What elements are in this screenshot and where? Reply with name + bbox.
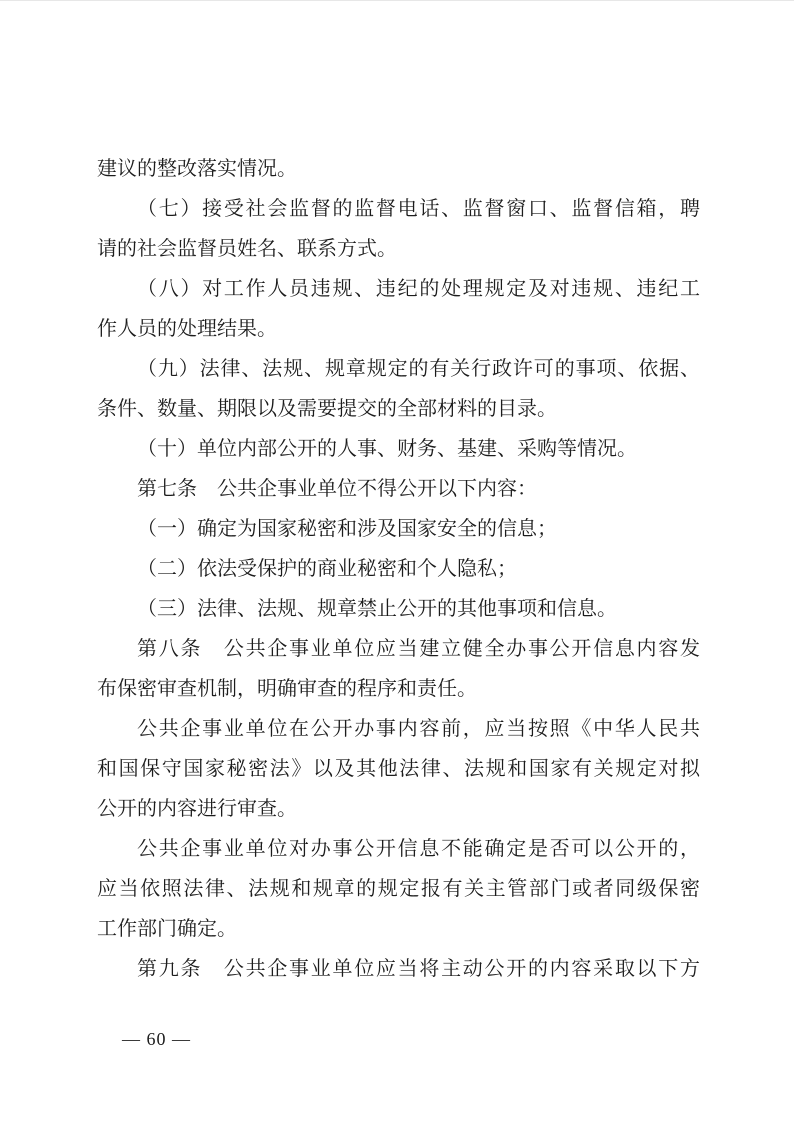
text-line: （八）对工作人员违规、违纪的处理规定及对违规、违纪工 [97, 269, 700, 309]
text-line: 和国保守国家秘密法》以及其他法律、法规和国家有关规定对拟 [97, 749, 700, 789]
article-heading-line: 第九条 公共企事业单位应当将主动公开的内容采取以下方 [97, 949, 700, 989]
text-line: （二）依法受保护的商业秘密和个人隐私； [97, 549, 700, 589]
text-line: 作人员的处理结果。 [97, 309, 700, 349]
article-heading-line: 第七条 公共企事业单位不得公开以下内容： [97, 469, 700, 509]
text-line: 公开的内容进行审查。 [97, 789, 700, 829]
text-line: （七）接受社会监督的监督电话、监督窗口、监督信箱，聘 [97, 189, 700, 229]
text-line: （十）单位内部公开的人事、财务、基建、采购等情况。 [97, 429, 700, 469]
page-top-edge [0, 0, 794, 1]
article-heading-line: 第八条 公共企事业单位应当建立健全办事公开信息内容发 [97, 629, 700, 669]
text-line: 建议的整改落实情况。 [97, 149, 700, 189]
text-line: 请的社会监督员姓名、联系方式。 [97, 229, 700, 269]
text-line: 应当依照法律、法规和规章的规定报有关主管部门或者同级保密 [97, 869, 700, 909]
text-line: 公共企事业单位对办事公开信息不能确定是否可以公开的， [97, 829, 700, 869]
document-page: 建议的整改落实情况。 （七）接受社会监督的监督电话、监督窗口、监督信箱，聘 请的… [0, 0, 794, 1123]
page-number: — 60 — [122, 1028, 191, 1050]
document-text-block: 建议的整改落实情况。 （七）接受社会监督的监督电话、监督窗口、监督信箱，聘 请的… [97, 149, 700, 989]
text-line: 工作部门确定。 [97, 909, 700, 949]
text-line: 条件、数量、期限以及需要提交的全部材料的目录。 [97, 389, 700, 429]
text-line: （九）法律、法规、规章规定的有关行政许可的事项、依据、 [97, 349, 700, 389]
text-line: （一）确定为国家秘密和涉及国家安全的信息； [97, 509, 700, 549]
text-line: （三）法律、法规、规章禁止公开的其他事项和信息。 [97, 589, 700, 629]
text-line: 公共企事业单位在公开办事内容前，应当按照《中华人民共 [97, 709, 700, 749]
text-line: 布保密审查机制，明确审查的程序和责任。 [97, 669, 700, 709]
